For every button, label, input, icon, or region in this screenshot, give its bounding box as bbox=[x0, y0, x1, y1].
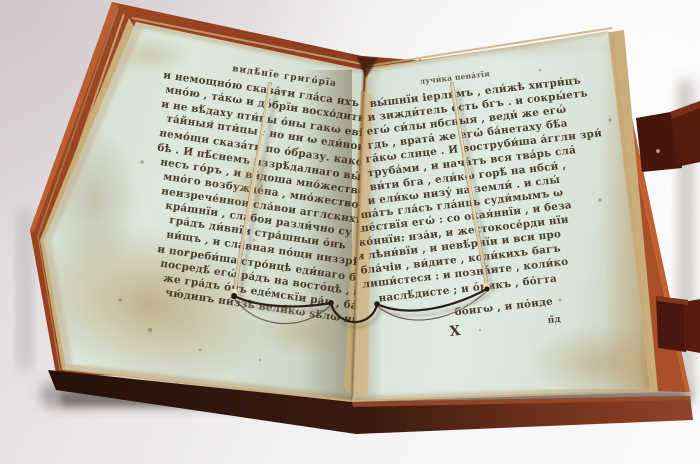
stain-speck bbox=[539, 69, 541, 71]
shadow-left bbox=[18, 210, 32, 370]
lower-strap-band bbox=[684, 299, 700, 353]
stain-speck bbox=[259, 359, 261, 361]
signature-mark: Х bbox=[449, 323, 462, 340]
book-photo: видѣ́нїе григо́рїа и немощно́ю сказа́ти … bbox=[0, 0, 700, 464]
photo-scene: видѣ́нїе григо́рїа и немощно́ю сказа́ти … bbox=[0, 0, 700, 464]
bridge-screw-left bbox=[328, 300, 334, 306]
stain-speck bbox=[419, 59, 422, 62]
bridge-screw-right bbox=[374, 301, 380, 307]
lower-strap-tab bbox=[656, 296, 688, 352]
stain-speck bbox=[199, 349, 202, 352]
clasp-strap-lower bbox=[656, 296, 700, 353]
stain-speck bbox=[140, 160, 144, 164]
folio-number: п̃д bbox=[547, 314, 561, 326]
right-hinge bbox=[484, 286, 489, 291]
upper-strap-stud bbox=[656, 149, 660, 153]
stain-speck bbox=[118, 298, 122, 302]
stain-speck bbox=[148, 328, 152, 332]
left-hinge bbox=[231, 293, 237, 299]
stain-speck bbox=[479, 329, 481, 331]
stain-speck bbox=[608, 118, 611, 121]
stain-speck bbox=[598, 198, 602, 202]
stain-speck bbox=[559, 299, 562, 302]
clasp-strap-upper bbox=[636, 101, 700, 172]
